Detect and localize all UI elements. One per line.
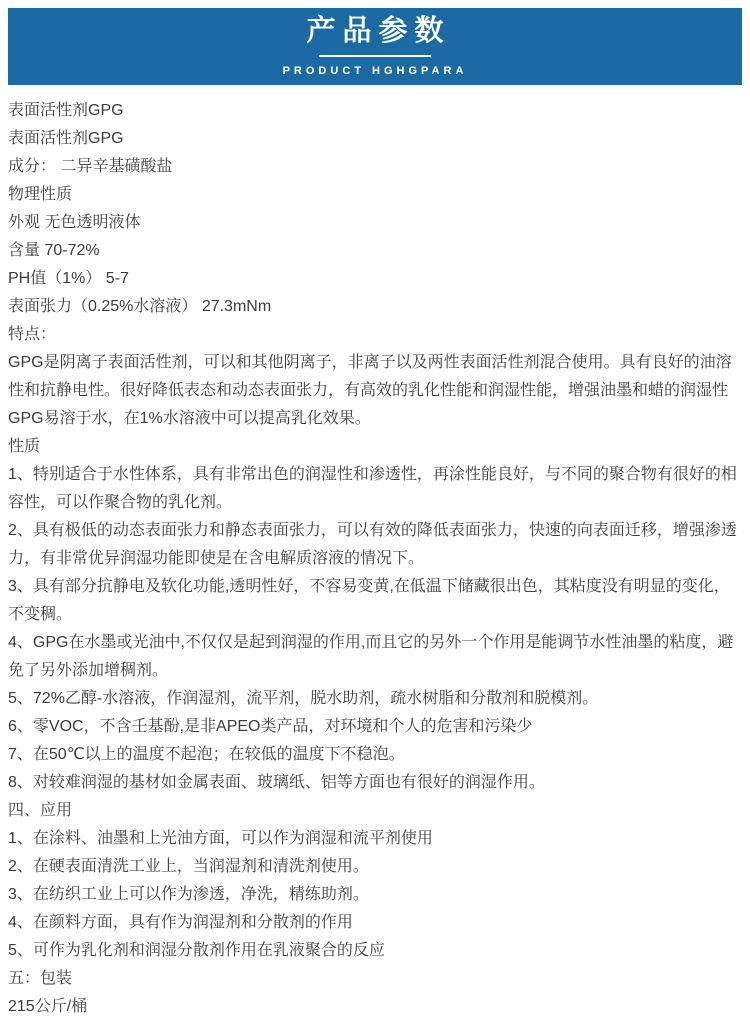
content-line: 5、72%乙醇-水溶液，作润湿剂，流平剂，脱水助剂，疏水树脂和分散剂和脱模剂。 — [8, 685, 740, 713]
banner-subtitle: PRODUCT HGHGPARA — [283, 65, 468, 77]
content-line: 3、在纺织工业上可以作为渗透，净洗，精练助剂。 — [8, 881, 740, 909]
content-line: 成分： 二异辛基磺酸盐 — [8, 153, 740, 181]
content-line: 6、零VOC，不含壬基酚,是非APEO类产品，对环境和个人的危害和污染少 — [8, 713, 740, 741]
content-line: GPG是阴离子表面活性剂，可以和其他阴离子，非离子以及两性表面活性剂混合使用。具… — [8, 349, 740, 405]
content-line: 物理性质 — [8, 181, 740, 209]
title-underline — [319, 55, 431, 57]
content-line: 4、在颜料方面，具有作为润湿剂和分散剂的作用 — [8, 909, 740, 937]
content-line: 7、在50℃以上的温度不起泡；在较低的温度下不稳泡。 — [8, 741, 740, 769]
content-line: 外观 无色透明液体 — [8, 209, 740, 237]
content-line: GPG易溶于水，在1%水溶液中可以提高乳化效果。 — [8, 405, 740, 433]
content-line: 2、在硬表面清洗工业上，当润湿剂和清洗剂使用。 — [8, 853, 740, 881]
content-line: 5、可作为乳化剂和润湿分散剂作用在乳液聚合的反应 — [8, 937, 740, 965]
content-line: PH值（1%） 5-7 — [8, 265, 740, 293]
banner-title: 产品参数 — [299, 16, 450, 48]
content-line: 表面活性剂GPG — [8, 125, 740, 153]
content-line: 2、具有极低的动态表面张力和静态表面张力，可以有效的降低表面张力，快速的向表面迁… — [8, 517, 740, 573]
content-line: 表面活性剂GPG — [8, 97, 740, 125]
content-line: 四、应用 — [8, 797, 740, 825]
content-line: 1、在涂料、油墨和上光油方面，可以作为润湿和流平剂使用 — [8, 825, 740, 853]
content-line: 五：包装 — [8, 965, 740, 993]
content-line: 特点： — [8, 321, 740, 349]
content-lines: 表面活性剂GPG表面活性剂GPG成分： 二异辛基磺酸盐物理性质外观 无色透明液体… — [0, 95, 750, 1027]
content-line: 性质 — [8, 433, 740, 461]
content-line: 8、对较难润湿的基材如金属表面、玻璃纸、铝等方面也有很好的润湿作用。 — [8, 769, 740, 797]
content-line: 215公斤/桶 — [8, 993, 740, 1021]
content-line: 1、特别适合于水性体系，具有非常出色的润湿性和渗透性，再涂性能良好，与不同的聚合… — [8, 461, 740, 517]
content-line: 3、具有部分抗静电及软化功能,透明性好，不容易变黄,在低温下储藏很出色，其粘度没… — [8, 573, 740, 629]
content-line: 表面张力（0.25%水溶液） 27.3mNm — [8, 293, 740, 321]
content-line: 含量 70-72% — [8, 237, 740, 265]
product-params-banner: 产品参数 PRODUCT HGHGPARA — [8, 8, 742, 85]
content-line: 4、GPG在水墨或光油中,不仅仅是起到润湿的作用,而且它的另外一个作用是能调节水… — [8, 629, 740, 685]
